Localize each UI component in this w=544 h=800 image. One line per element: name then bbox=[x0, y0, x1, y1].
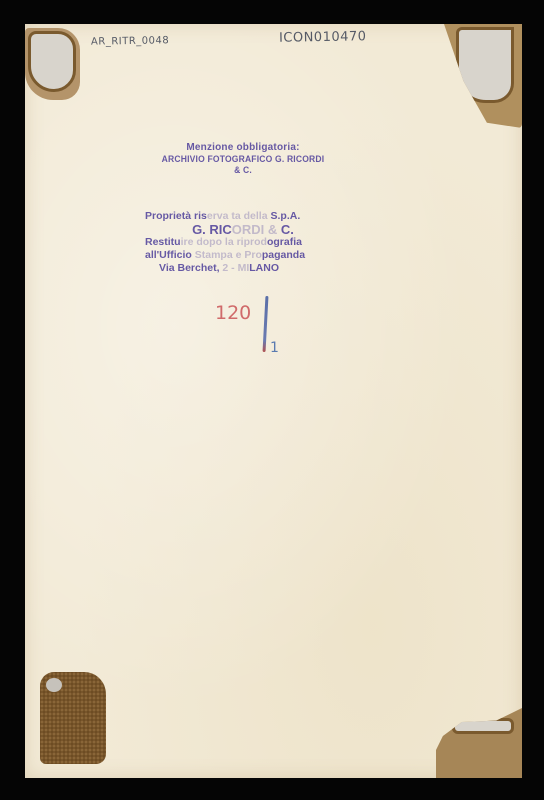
rights-stamp: Proprietà riserva ta della S.p.A. G. RIC… bbox=[145, 210, 341, 275]
corner-stain-bottom-right bbox=[436, 708, 522, 778]
inventory-code: ICON010470 bbox=[279, 29, 367, 46]
rights-stamp-line3: Restituire dopo la riprodografia bbox=[145, 236, 341, 249]
blue-pencil-number: 1 bbox=[270, 340, 279, 356]
archive-code: AR_RITR_0048 bbox=[91, 35, 169, 47]
credit-stamp: Menzione obbligatoria: ARCHIVIO FOTOGRAF… bbox=[149, 142, 337, 176]
pencil-slash-mark bbox=[263, 296, 269, 352]
rights-stamp-line2: G. RICORDI & C. bbox=[145, 223, 341, 236]
red-pencil-number: 120 bbox=[215, 302, 251, 324]
corner-stain-top-right bbox=[444, 24, 522, 128]
credit-stamp-line2: ARCHIVIO FOTOGRAFICO G. RICORDI & C. bbox=[158, 154, 327, 176]
photo-verso-paper: AR_RITR_0048 ICON010470 Menzione obbliga… bbox=[25, 24, 522, 778]
rights-stamp-line4: all'Ufficio Stampa e Propaganda bbox=[145, 249, 341, 262]
corner-stain-top-left bbox=[25, 28, 80, 100]
credit-stamp-line1: Menzione obbligatoria: bbox=[149, 142, 337, 153]
corner-stain-bottom-left bbox=[40, 672, 106, 764]
rights-stamp-line5: Via Berchet, 2 - MILANO bbox=[145, 262, 341, 275]
